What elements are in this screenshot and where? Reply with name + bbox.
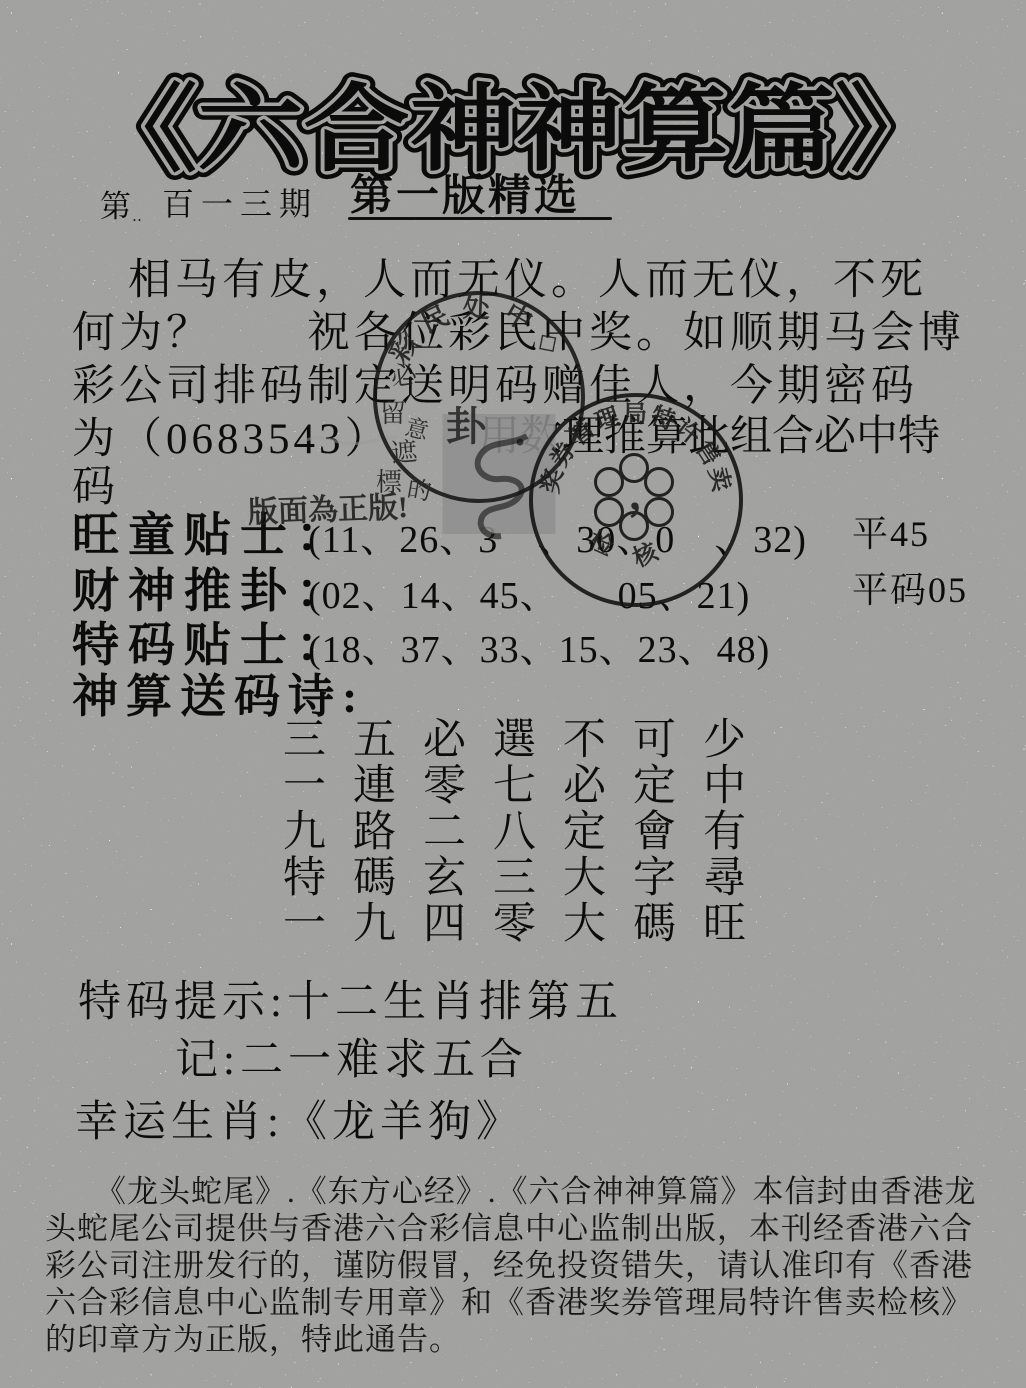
poem-line-5: 一九四零大碼旺 xyxy=(283,890,773,951)
lucky-zodiac-label: 幸运生肖: xyxy=(75,1099,284,1146)
body-line-4-password: 为（0683543） xyxy=(72,405,392,466)
tip-caishen-suffix: 平码05 xyxy=(852,562,968,613)
tip-wangtong-numbers: (11、26、3 、30、0 、32) xyxy=(308,508,807,563)
left-stamp-col-char: 遮 xyxy=(390,437,419,468)
footer-line-5: 的印章方为正版，特此通告。 xyxy=(45,1314,461,1359)
tip-caishen-numbers: (02、14、45、 05、21) xyxy=(308,564,750,619)
edition-title: 第一版精选 xyxy=(350,162,580,223)
note-hint-text: 二一难求五合 xyxy=(240,1037,528,1084)
special-code-hint: 特码提示:十二生肖排第五 xyxy=(78,968,623,1029)
tip-wangtong-suffix: 平45 xyxy=(852,506,930,557)
body-line-4-rest: 用数理推算此组合必中特 xyxy=(478,403,940,463)
body-line-2: 何为？ 祝各位彩民中奖。如顺期马会博 xyxy=(72,299,965,360)
body-line-1: 相马有皮，人而无仪。人而无仪，不死 xyxy=(128,246,927,307)
lucky-zodiac: 幸运生肖:《龙羊狗》 xyxy=(75,1088,524,1149)
issue-number: 百一三期 xyxy=(162,179,318,225)
special-code-hint-text: 十二生肖排第五 xyxy=(287,979,623,1026)
note-hint-label: 记: xyxy=(175,1037,240,1084)
lucky-zodiac-text: 《龙羊狗》 xyxy=(284,1099,524,1146)
issue-handwritten-dots: ‥ xyxy=(132,207,145,226)
note-hint: 记:二一难求五合 xyxy=(175,1026,528,1087)
special-code-hint-label: 特码提示: xyxy=(78,979,287,1026)
left-stamp-col-char: 意 xyxy=(403,415,431,445)
left-stamp-col-char: 的 xyxy=(405,475,433,506)
scanned-page: 《六合神神算篇》 《六合神神算篇》 《六合神神算篇》 第 ‥ 百一三期 第一版精… xyxy=(0,0,1026,1388)
tip-tema-numbers: (18、37、33、15、23、48) xyxy=(308,618,770,673)
edition-underline xyxy=(348,217,612,220)
left-stamp-col-char: 標 xyxy=(376,468,403,497)
issue-prefix: 第 xyxy=(100,181,131,226)
